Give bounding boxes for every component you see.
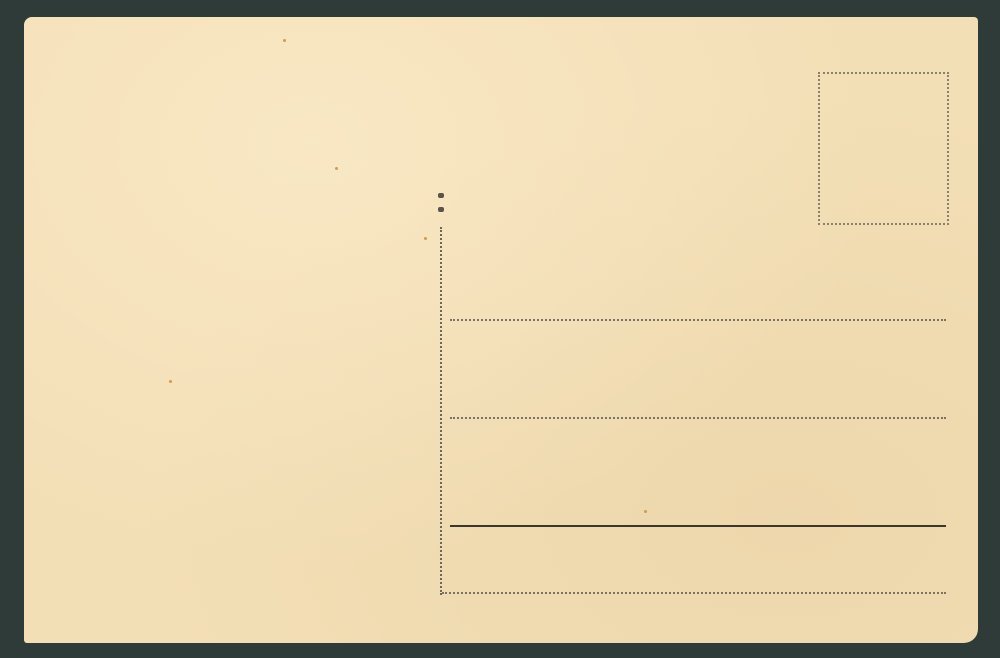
foxing-spot bbox=[335, 167, 338, 170]
address-line-1 bbox=[450, 319, 946, 321]
foxing-spot bbox=[169, 380, 172, 383]
center-divider bbox=[440, 227, 442, 595]
stamp-box bbox=[818, 72, 949, 225]
address-line-4 bbox=[442, 592, 946, 594]
divider-mark bbox=[438, 193, 444, 198]
divider-mark bbox=[438, 207, 444, 212]
postcard bbox=[24, 17, 978, 643]
foxing-spot bbox=[283, 39, 286, 42]
address-line-3 bbox=[450, 525, 946, 527]
address-line-2 bbox=[450, 417, 946, 419]
foxing-spot bbox=[424, 237, 427, 240]
foxing-spot bbox=[644, 510, 647, 513]
